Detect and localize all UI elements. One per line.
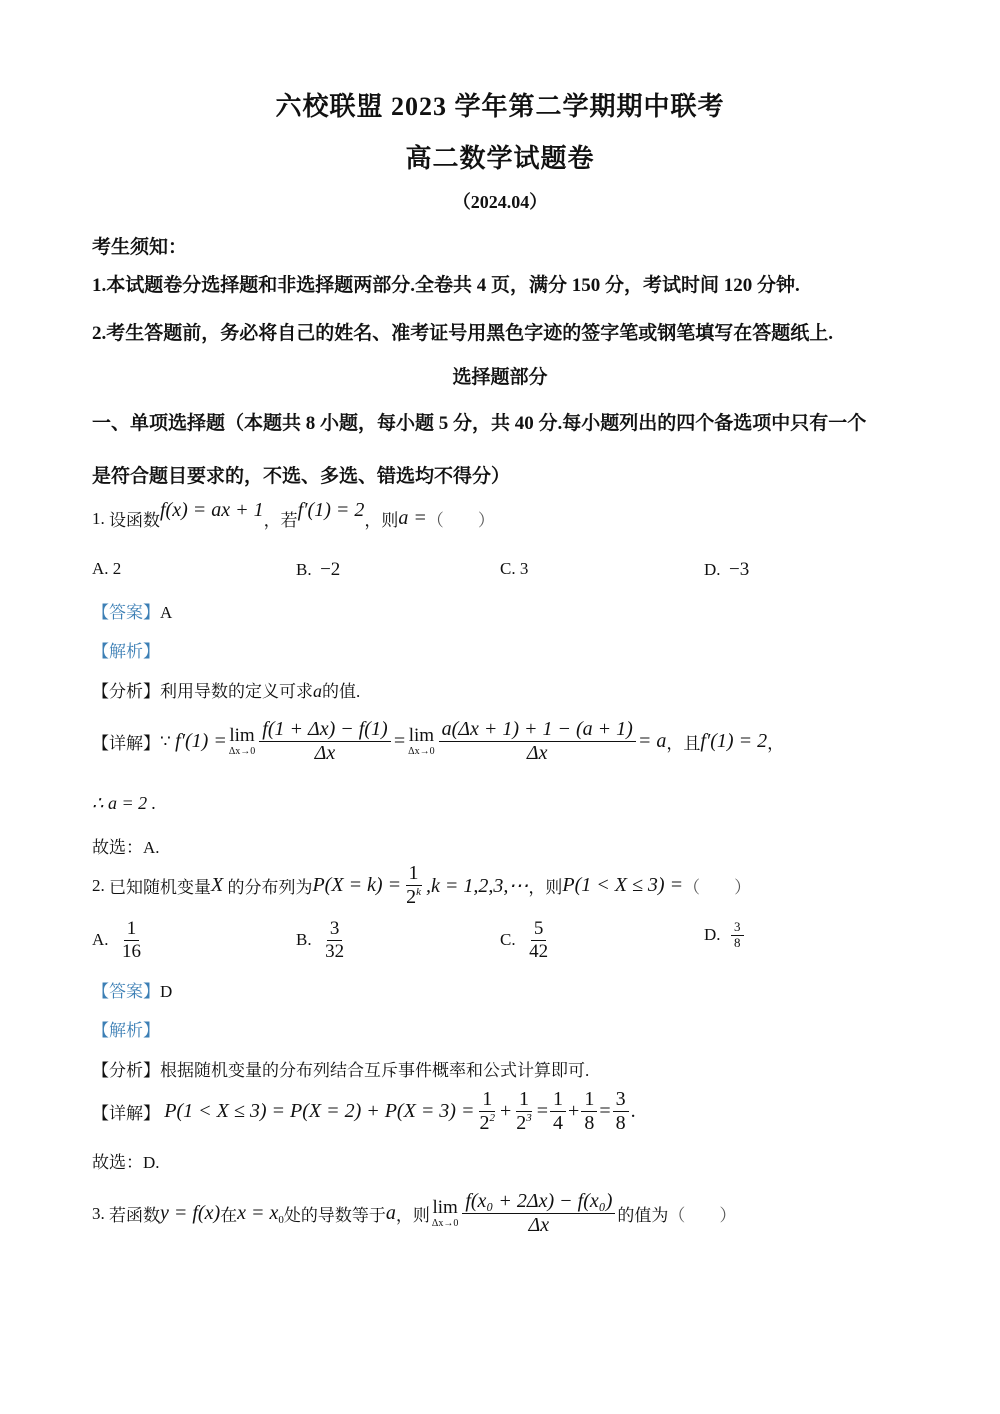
exam-subtitle: 高二数学试题卷 [0,138,1000,175]
analysis-label: 【解析】 [92,637,160,662]
fraction: f(x₀ + 2Δx) − f(x₀)Δx [462,1190,615,1237]
fraction: 14 [550,1088,566,1135]
fraction: 122 [476,1088,498,1135]
option-b: B. 332 [296,918,349,963]
detail-label: 【详解】 [92,729,160,754]
section-title: 选择题部分 [0,362,1000,389]
question-3-stem: 3. 若函数 y = f(x) 在 x = x0 处的导数等于 a ，则 lim… [92,1190,736,1237]
answer-value: A [160,603,172,622]
fraction: 38 [613,1088,629,1135]
function-expression: f(x) = ax + 1 [160,499,264,522]
exam-title: 六校联盟 2023 学年第二学期期中联考 [0,86,1000,123]
answer-blank: （ ） [427,506,495,531]
exam-date: （2024.04） [0,188,1000,214]
option-a: A. 2 [92,559,121,579]
notice-heading: 考生须知： [92,232,187,259]
choose-line-1: 故选：A. [92,833,160,858]
notice-item-1: 1.本试题卷分选择题和非选择题两部分.全卷共 4 页，满分 150 分，考试时间… [92,270,800,297]
fraction: 18 [581,1088,597,1135]
option-d: D. −3 [704,559,749,581]
fraction: f(1 + Δx) − f(1)Δx [259,718,390,765]
fenxi-label: 【分析】 [92,682,160,701]
detail-line-1: 【详解】 ∵ f′(1) = limΔx→0 f(1 + Δx) − f(1)Δ… [92,718,784,765]
limit-operator: limΔx→0 [408,726,434,757]
fraction: 123 [513,1088,535,1135]
option-d: D. 38 [704,920,746,951]
fraction: 12k [403,862,424,909]
ask-expression: a = [398,507,427,530]
detail-line-2: 【详解】 P(1 < X ≤ 3) = P(X = 2) + P(X = 3) … [92,1088,636,1135]
answer-label: 【答案】 [92,603,160,622]
question-2-stem: 2. 已知随机变量 X 的分布列为 P(X = k) = 12k ,k = 1,… [92,862,751,909]
notice-item-2: 2.考生答题前，务必将自己的姓名、准考证号用黑色字迹的签字笔或钢笔填写在答题纸上… [92,318,833,345]
answer-line-1: 【答案】A [92,598,172,623]
option-a: A. 116 [92,918,146,963]
fenxi-line-2: 【分析】根据随机变量的分布列结合互斥事件概率和公式计算即可. [92,1056,589,1081]
part-heading-line2: 是符合题目要求的，不选、多选、错选均不得分） [92,461,510,488]
option-c: C. 542 [500,918,553,963]
stem-text: ，若 [264,506,298,531]
condition-expression: f′(1) = 2 [298,499,365,522]
choose-line-2: 故选：D. [92,1148,160,1173]
analysis-label: 【解析】 [92,1016,160,1041]
answer-line-2: 【答案】D [92,977,172,1002]
question-number: 1. [92,509,105,529]
option-c: C. 3 [500,559,528,579]
fenxi-line-1: 【分析】利用导数的定义可求a的值. [92,677,360,702]
question-1-stem: 1. 设函数 f(x) = ax + 1 ，若 f′(1) = 2 ，则 a =… [92,506,495,531]
option-b: B. −2 [296,559,340,581]
limit-operator: limΔx→0 [229,726,255,757]
fraction: a(Δx + 1) + 1 − (a + 1)Δx [439,718,636,765]
part-heading-line1: 一、单项选择题（本题共 8 小题，每小题 5 分，共 40 分.每小题列出的四个… [92,408,866,435]
stem-text: 设函数 [109,506,160,531]
therefore-line: ∴ a = 2 . [92,793,156,814]
stem-text: ，则 [364,506,398,531]
limit-operator: limΔx→0 [432,1198,458,1229]
